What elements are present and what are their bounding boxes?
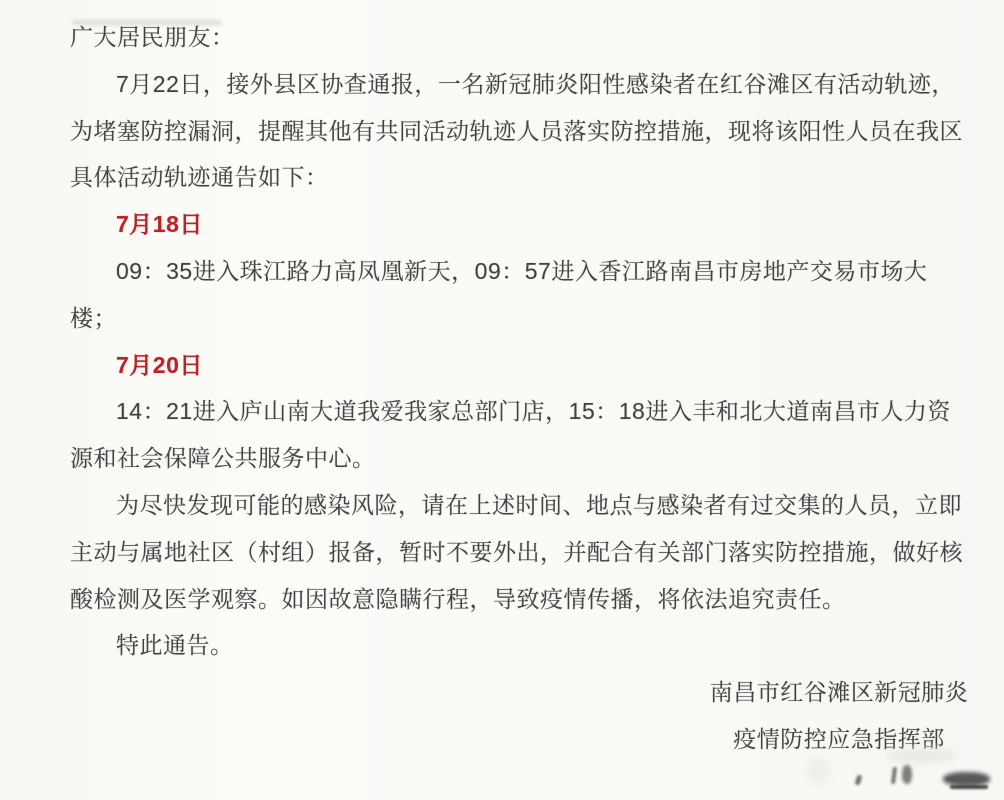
ink-smudge-dot — [855, 774, 863, 785]
epidemic-notice-page: 广大居民朋友： 7月22日，接外县区协查通报，一名新冠肺炎阳性感染者在红谷滩区有… — [0, 0, 1004, 800]
paragraph-line: 特此通告。 — [70, 622, 990, 669]
date-heading: 7月18日 — [70, 201, 990, 248]
paragraph-line: 为堵塞防控漏洞，提醒其他有共同活动轨迹人员落实防控措施，现将该阳性人员在我区 — [70, 108, 990, 155]
ink-smudge-blob — [943, 772, 990, 786]
ink-smudge-blob — [950, 785, 988, 789]
notice-body: 7月22日，接外县区协查通报，一名新冠肺炎阳性感染者在红谷滩区有活动轨迹，为堵塞… — [70, 61, 990, 669]
paragraph-line: 源和社会保障公共服务中心。 — [70, 435, 990, 482]
paragraph-line: 7月22日，接外县区协查通报，一名新冠肺炎阳性感染者在红谷滩区有活动轨迹， — [70, 61, 990, 108]
salutation: 广大居民朋友： — [70, 14, 990, 61]
signature-org-line-2: 疫情防控应急指挥部 — [708, 716, 970, 763]
paragraph-line: 主动与属地社区（村组）报备，暂时不要外出，并配合有关部门落实防控措施，做好核 — [70, 529, 990, 576]
paragraph-line: 具体活动轨迹通告如下： — [70, 154, 990, 201]
paragraph-line: 09：35进入珠江路力高凤凰新天，09：57进入香江路南昌市房地产交易市场大 — [70, 248, 990, 295]
paragraph-line: 楼； — [70, 295, 990, 342]
ink-smudge-mark — [891, 767, 897, 784]
date-heading: 7月20日 — [70, 342, 990, 389]
paragraph-line: 14：21进入庐山南大道我爱我家总部门店，15：18进入丰和北大道南昌市人力资 — [70, 388, 990, 435]
signature-block: 南昌市红谷滩区新冠肺炎 疫情防控应急指挥部 — [708, 669, 970, 763]
ink-smudge-mark — [902, 765, 912, 784]
paragraph-line: 酸检测及医学观察。如因故意隐瞒行程，导致疫情传播，将依法追究责任。 — [70, 576, 990, 623]
paragraph-line: 为尽快发现可能的感染风险，请在上述时间、地点与感染者有过交集的人员，立即 — [70, 482, 990, 529]
notice-content: 广大居民朋友： 7月22日，接外县区协查通报，一名新冠肺炎阳性感染者在红谷滩区有… — [70, 14, 990, 763]
signature-org-line-1: 南昌市红谷滩区新冠肺炎 — [708, 669, 970, 716]
